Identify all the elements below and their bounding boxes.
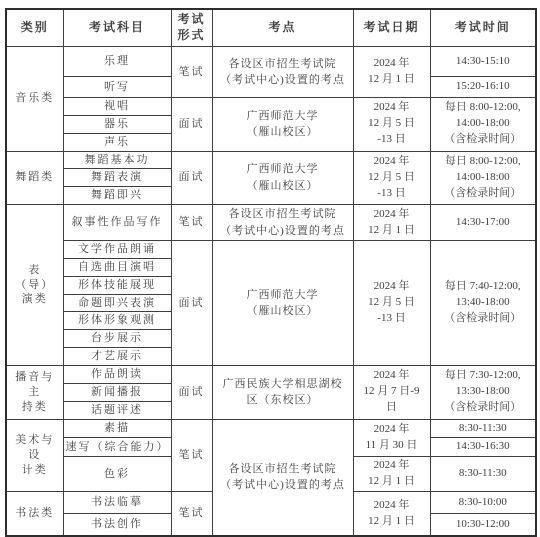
time-cell: 每日 7:30-12:00, 13:30-18:00 （含检录时间） [430, 365, 536, 419]
venue-cell: 各设区市招生考试院 （考试中心)设置的考点 [212, 47, 353, 98]
time-cell: 14:30-16:30 [430, 438, 536, 457]
header-row: 类别 考试科目 考试 形式 考点 考试日期 考试时间 [6, 9, 536, 47]
subject-cell: 新闻播报 [63, 383, 171, 401]
subject-cell: 叙事性作品写作 [63, 205, 171, 241]
form-cell: 面试 [171, 365, 212, 419]
time-cell: 每日 8:00-12:00, 14:00-18:00 （含检录时间） [430, 151, 536, 205]
table-row: 文学作品朗诵 面试 广西师范大学 （雁山校区） 2024 年 12 月 5 日 … [6, 241, 536, 259]
form-cell: 笔试 [171, 492, 212, 536]
date-cell: 2024 年 12 月 7 日-9 日 [353, 365, 430, 419]
venue-cell: 广西民族大学相思湖校 区（东校区） [212, 365, 353, 419]
exam-schedule-table: 类别 考试科目 考试 形式 考点 考试日期 考试时间 音乐类 乐理 笔试 各设区… [5, 8, 537, 537]
time-cell: 8:30-10:00 [430, 492, 536, 514]
subject-cell: 台步展示 [63, 330, 171, 348]
subject-cell: 舞蹈表演 [63, 169, 171, 187]
form-cell: 笔试 [171, 47, 212, 98]
subject-cell: 舞蹈基本功 [63, 151, 171, 169]
subject-cell: 素描 [63, 419, 171, 438]
date-cell: 2024 年 12 月 1 日 [353, 492, 430, 536]
time-cell: 14:30-17:00 [430, 205, 536, 241]
subject-cell: 声乐 [63, 133, 171, 151]
venue-cell: 广西师范大学 （雁山校区） [212, 98, 353, 152]
table-row: 舞蹈类 舞蹈基本功 面试 广西师范大学 （雁山校区） 2024 年 12 月 5… [6, 151, 536, 169]
subject-cell: 文学作品朗诵 [63, 241, 171, 259]
col-header-time: 考试时间 [430, 9, 536, 47]
venue-cell: 广西师范大学 （雁山校区） [212, 151, 353, 205]
table-row: 视唱 面试 广西师范大学 （雁山校区） 2024 年 12 月 5 日 -13 … [6, 98, 536, 116]
date-cell: 2024 年 12 月 1 日 [353, 47, 430, 98]
time-cell: 每日 8:00-12:00, 14:00-18:00 （含检录时间） [430, 98, 536, 152]
subject-cell: 作品朗读 [63, 365, 171, 383]
col-header-date: 考试日期 [353, 9, 430, 47]
time-cell: 15:20-16:10 [430, 77, 536, 98]
form-cell: 面试 [171, 151, 212, 205]
subject-cell: 乐理 [63, 47, 171, 77]
venue-cell: 各设区市招生考试院 （考试中心)设置的考点 [212, 205, 353, 241]
date-cell: 2024 年 12 月 1 日 [353, 205, 430, 241]
date-cell: 2024 年 12 月 5 日 -13 日 [353, 98, 430, 152]
subject-cell: 书法创作 [63, 514, 171, 536]
subject-cell: 形体技能展现 [63, 276, 171, 294]
subject-cell: 话题评述 [63, 401, 171, 419]
subject-cell: 舞蹈即兴 [63, 187, 171, 205]
time-cell: 每日 7:40-12:00, 13:40-18:00 （含检录时间） [430, 241, 536, 366]
category-cell-calligraphy: 书法类 [6, 492, 63, 536]
col-header-subject: 考试科目 [63, 9, 171, 47]
subject-cell: 自选曲目演唱 [63, 258, 171, 276]
date-cell: 2024 年 11 月 30 日 [353, 419, 430, 457]
time-cell: 8:30-11:30 [430, 457, 536, 492]
date-cell: 2024 年 12 月 1 日 [353, 457, 430, 492]
time-cell: 8:30-11:30 [430, 419, 536, 438]
subject-cell: 命题即兴表演 [63, 294, 171, 312]
col-header-form: 考试 形式 [171, 9, 212, 47]
category-cell-broadcast: 播音与主 持类 [6, 365, 63, 419]
category-cell-dance: 舞蹈类 [6, 151, 63, 205]
date-cell: 2024 年 12 月 5 日 -13 日 [353, 151, 430, 205]
date-cell: 2024 年 12 月 5 日 -13 日 [353, 241, 430, 366]
table-row: 音乐类 乐理 笔试 各设区市招生考试院 （考试中心)设置的考点 2024 年 1… [6, 47, 536, 77]
form-cell: 笔试 [171, 205, 212, 241]
col-header-category: 类别 [6, 9, 63, 47]
subject-cell: 形体形象观测 [63, 312, 171, 330]
subject-cell: 听写 [63, 77, 171, 98]
table-row: 表（导） 演类 叙事性作品写作 笔试 各设区市招生考试院 （考试中心)设置的考点… [6, 205, 536, 241]
category-cell-music: 音乐类 [6, 47, 63, 152]
subject-cell: 才艺展示 [63, 348, 171, 366]
category-cell-acting: 表（导） 演类 [6, 205, 63, 366]
subject-cell: 视唱 [63, 98, 171, 116]
venue-cell: 各设区市招生考试院 （考试中心)设置的考点 [212, 419, 353, 536]
category-cell-art: 美术与设 计类 [6, 419, 63, 492]
table-row: 美术与设 计类 素描 笔试 各设区市招生考试院 （考试中心)设置的考点 2024… [6, 419, 536, 438]
subject-cell: 速写（综合能力） [63, 438, 171, 457]
form-cell: 面试 [171, 98, 212, 152]
table-row: 播音与主 持类 作品朗读 面试 广西民族大学相思湖校 区（东校区） 2024 年… [6, 365, 536, 383]
form-cell: 面试 [171, 241, 212, 366]
col-header-venue: 考点 [212, 9, 353, 47]
subject-cell: 色彩 [63, 457, 171, 492]
venue-cell: 广西师范大学 （雁山校区） [212, 241, 353, 366]
form-cell: 笔试 [171, 419, 212, 492]
subject-cell: 器乐 [63, 115, 171, 133]
subject-cell: 书法临摹 [63, 492, 171, 514]
time-cell: 10:30-12:00 [430, 514, 536, 536]
time-cell: 14:30-15:10 [430, 47, 536, 77]
